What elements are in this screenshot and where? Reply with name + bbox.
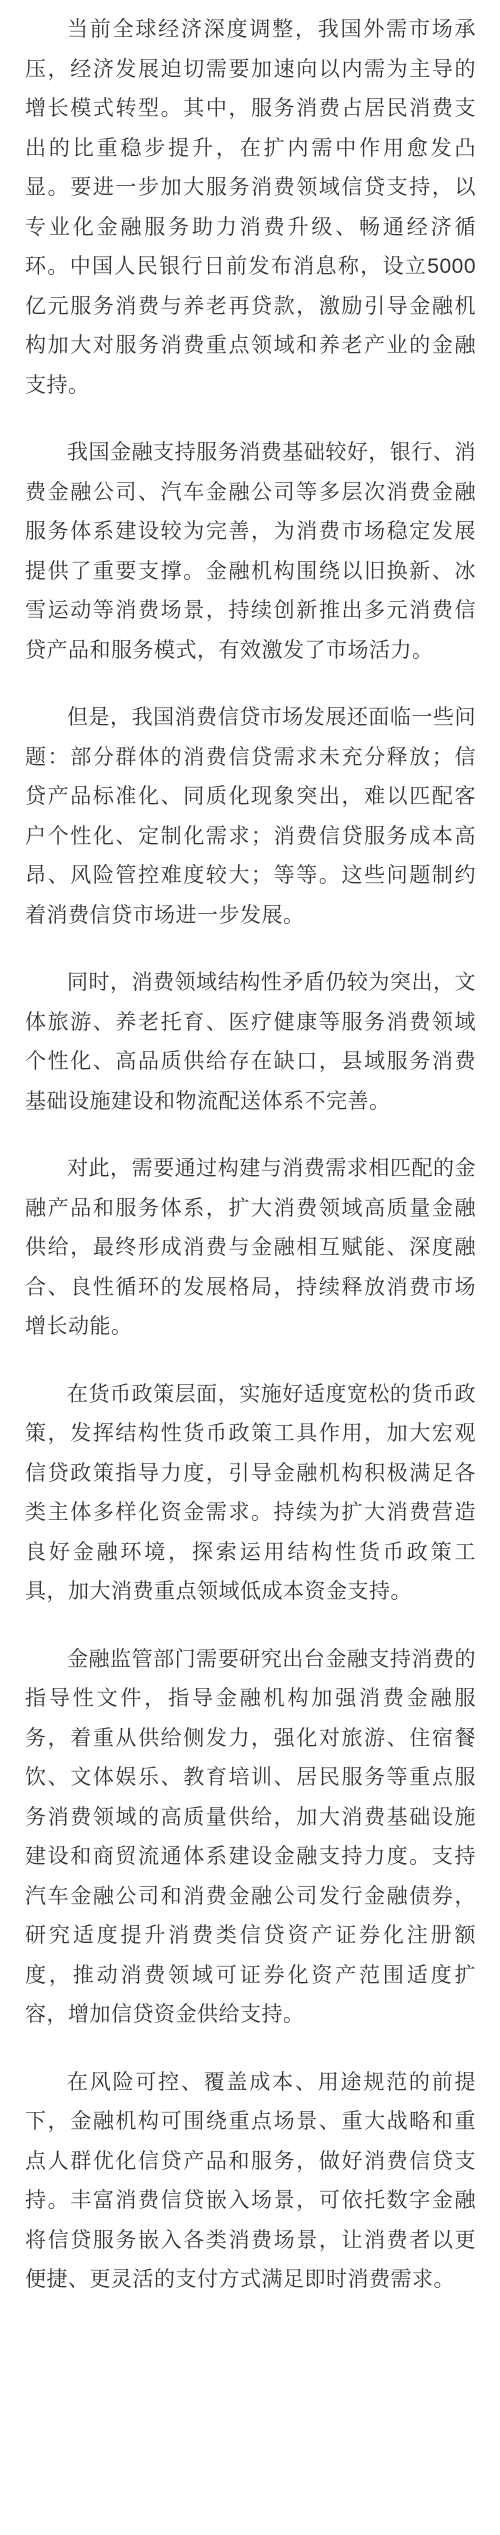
- article-body: 当前全球经济深度调整，我国外需市场承压，经济发展迫切需要加速向以内需为主导的增长…: [0, 0, 500, 2300]
- article-paragraph: 在货币政策层面，实施好适度宽松的货币政策，发挥结构性货币政策工具作用，加大宏观信…: [25, 1375, 476, 1612]
- article-paragraph: 对此，需要通过构建与消费需求相匹配的金融产品和服务体系，扩大消费领域高质量金融供…: [25, 1149, 476, 1347]
- article-paragraph: 当前全球经济深度调整，我国外需市场承压，经济发展迫切需要加速向以内需为主导的增长…: [25, 10, 476, 405]
- article-paragraph: 但是，我国消费信贷市场发展还面临一些问题：部分群体的消费信贷需求未充分释放；信贷…: [25, 698, 476, 935]
- article-paragraph: 同时，消费领域结构性矛盾仍较为突出，文体旅游、养老托育、医疗健康等服务消费领域个…: [25, 963, 476, 1121]
- article-paragraph: 在风险可控、覆盖成本、用途规范的前提下，金融机构可围绕重点场景、重大战略和重点人…: [25, 2063, 476, 2300]
- article-paragraph: 我国金融支持服务消费基础较好，银行、消费金融公司、汽车金融公司等多层次消费金融服…: [25, 433, 476, 670]
- article-paragraph: 金融监管部门需要研究出台金融支持消费的指导性文件，指导金融机构加强消费金融服务，…: [25, 1640, 476, 2035]
